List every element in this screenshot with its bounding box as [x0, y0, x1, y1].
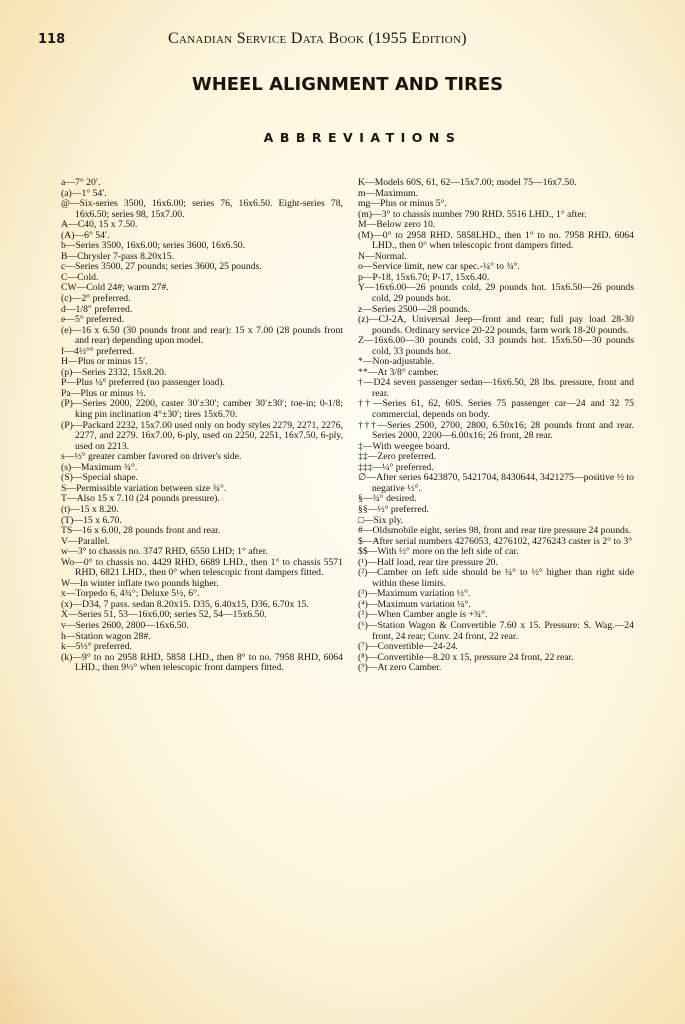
abbreviation-definition: 5° preferred.: [75, 314, 124, 325]
separator-dash: —: [67, 493, 77, 504]
separator-dash: —: [72, 652, 82, 663]
separator-dash: —: [368, 599, 378, 610]
separator-dash: —: [364, 335, 374, 346]
abbreviation-definition: Parallel.: [78, 536, 110, 547]
separator-dash: —: [372, 209, 382, 220]
abbreviation-definition: 5½° preferred.: [76, 641, 132, 652]
separator-dash: —: [367, 567, 377, 578]
abbreviation-definition: Maximum ¾°.: [81, 462, 137, 473]
abbreviation-definition: D24 seven passenger sedan—16x6.50, 28 lb…: [372, 377, 634, 399]
abbreviation-definition: CJ-2A, Universal Jeep—front and rear; fu…: [372, 314, 634, 336]
abbreviation-definition: Series 2600, 2800—16x6.50.: [76, 620, 189, 631]
abbreviation-entry: †—D24 seven passenger sedan—16x6.50, 28 …: [358, 378, 634, 399]
abbreviation-key: K: [358, 177, 365, 188]
abbreviation-key: (⁴): [358, 599, 368, 610]
separator-dash: —: [68, 546, 78, 557]
separator-dash: —: [72, 525, 82, 536]
abbreviation-key: m: [358, 188, 366, 199]
abbreviation-key: (M): [358, 230, 373, 241]
abbreviation-key: (z): [358, 314, 369, 325]
abbreviation-key: Wo: [61, 557, 74, 568]
separator-dash: —: [64, 346, 74, 357]
abbreviation-key: (A): [61, 230, 74, 241]
abbreviation-entry: (P)—Series 2000, 2200, caster 30′±30′; c…: [61, 399, 343, 420]
abbreviation-definition: 6° 54′.: [84, 230, 109, 241]
abbreviation-key: (P): [61, 398, 73, 409]
separator-dash: —: [73, 398, 83, 409]
abbreviation-definition: Series 61, 62, 60S. Series 75 passenger …: [372, 398, 634, 420]
abbreviation-key: V: [61, 536, 68, 547]
abbreviation-key: w: [61, 546, 68, 557]
abbreviation-key: $$: [358, 546, 368, 557]
abbreviation-definition: 16x6.00—26 pounds cold, 29 pounds hot. 1…: [372, 282, 634, 304]
abbreviation-definition: Plus or minus ½.: [80, 388, 145, 399]
abbreviation-definition: 4½°° preferred.: [74, 346, 134, 357]
abbreviation-definition: C40, 15 x 7.50.: [78, 219, 138, 230]
abbreviation-definition: Plus ¼° preferred (no passenger load).: [76, 377, 225, 388]
abbreviation-definition: Half load, rear tire pressure 20.: [377, 557, 498, 568]
abbreviation-definition: Station Wagon & Convertible 7.60 x 15. P…: [372, 620, 634, 642]
abbreviation-definition: D34, 7 pass. sedan 8.20x15. D35, 6.40x15…: [82, 599, 309, 610]
separator-dash: —: [367, 557, 377, 568]
separator-dash: —: [373, 462, 383, 473]
abbreviation-definition: 1° 54′.: [81, 188, 106, 199]
abbreviation-definition: 15 x 6.70.: [83, 515, 122, 526]
separator-dash: —: [366, 472, 376, 483]
abbreviation-definition: 2° preferred.: [81, 293, 130, 304]
abbreviation-definition: Non-adjustable.: [373, 356, 435, 367]
abbreviation-definition: Series 2500—28 pounds.: [372, 304, 470, 315]
abbreviation-key: (³): [358, 588, 367, 599]
abbreviation-key: Y: [358, 282, 365, 293]
abbreviation-definition: Chrysler 7-pass 8.20x15.: [77, 251, 174, 262]
abbreviation-definition: Special shape.: [83, 472, 138, 483]
abbreviation-entry: (P)—Packard 2232, 15x7.00 used only on b…: [61, 421, 343, 453]
separator-dash: —: [71, 462, 81, 473]
abbreviation-key: ‡‡‡: [358, 462, 373, 473]
abbreviation-definition: 16 x 6.50 (30 pounds front and rear): 15…: [75, 325, 343, 347]
section-heading: ABBREVIATIONS: [0, 130, 685, 145]
abbreviation-definition: ½° greater camber favored on driver's si…: [74, 451, 241, 462]
abbreviation-definition: When Camber angle is +¾°.: [378, 609, 488, 620]
abbreviation-definition: 0° to 2958 RHD. 5858LHD., then 1° to no.…: [372, 230, 634, 252]
abbreviation-key: A: [61, 219, 68, 230]
abbreviation-definition: Normal.: [375, 251, 407, 262]
separator-dash: —: [70, 578, 80, 589]
abbreviation-definition: Station wagon 28#.: [76, 631, 151, 642]
abbreviation-definition: In winter inflate two pounds higher.: [80, 578, 219, 589]
abbreviation-key: (⁸): [358, 652, 368, 663]
abbreviation-entry: (z)—CJ-2A, Universal Jeep—front and rear…: [358, 315, 634, 336]
abbreviation-definition: 16x6.00—30 pounds cold, 33 pounds hot. 1…: [372, 335, 634, 357]
abbreviation-definition: At zero Camber.: [378, 662, 442, 673]
separator-dash: —: [77, 282, 87, 293]
abbreviation-definition: Six ply.: [374, 515, 404, 526]
abbreviation-definition: Series 2000, 2200, caster 30′±30′; cambe…: [75, 398, 343, 420]
abbreviation-key: H: [61, 356, 68, 367]
abbreviation-key: §§: [358, 504, 368, 515]
separator-dash: —: [70, 198, 80, 209]
abbreviation-entry: Wo—0° to chassis no. 4429 RHD, 6689 LHD.…: [61, 558, 343, 579]
separator-dash: —: [72, 293, 82, 304]
separator-dash: —: [368, 451, 378, 462]
separator-dash: —: [363, 525, 373, 536]
abbreviation-entry: (⁶)—Station Wagon & Convertible 7.60 x 1…: [358, 621, 634, 642]
abbreviation-definition: After series 6423870, 5421704, 8430644, …: [372, 472, 634, 494]
abbreviation-definition: Convertible—24-24.: [378, 641, 458, 652]
separator-dash: —: [74, 230, 84, 241]
abbreviation-key: Pa: [61, 388, 71, 399]
separator-dash: —: [66, 588, 76, 599]
abbreviation-definition: Maximum variation ½°.: [377, 588, 470, 599]
abbreviation-key: (²): [358, 567, 367, 578]
separator-dash: —: [369, 314, 379, 325]
abbreviation-key: (S): [61, 472, 73, 483]
abbreviation-key: mg: [358, 198, 370, 209]
abbreviation-definition: Service limit, new car spec.-¼° to ¾°.: [373, 261, 520, 272]
abbreviation-definition: ½° preferred.: [377, 504, 428, 515]
abbreviation-definition: Torpedo 6, 4¾°; Deluxe 5½, 6°.: [76, 588, 200, 599]
abbreviation-key: (⁹): [358, 662, 368, 673]
abbreviation-definition: 3° to chassis no. 3747 RHD, 6550 LHD; 1°…: [78, 546, 268, 557]
separator-dash: —: [65, 261, 75, 272]
abbreviation-definition: Below zero 10.: [376, 219, 435, 230]
abbreviation-key: ††: [358, 398, 373, 409]
separator-dash: —: [368, 367, 378, 378]
abbreviation-entry: (M)—0° to 2958 RHD. 5858LHD., then 1° to…: [358, 231, 634, 252]
separator-dash: —: [72, 188, 82, 199]
abbreviation-definition: Series 3500, 27 pounds; series 3600, 25 …: [75, 261, 262, 272]
separator-dash: —: [363, 493, 373, 504]
abbreviation-definition: 15 x 8.20.: [80, 504, 119, 515]
abbreviation-definition: Permissible variation between size ¾°.: [76, 483, 226, 494]
abbreviation-entry: ††—Series 61, 62, 60S. Series 75 passeng…: [358, 399, 634, 420]
separator-dash: —: [370, 198, 380, 209]
abbreviation-definition: Series 2332, 15x8.20.: [82, 367, 166, 378]
abbreviation-definition: Also 15 x 7.10 (24 pounds pressure).: [77, 493, 220, 504]
separator-dash: —: [67, 272, 77, 283]
separator-dash: —: [363, 272, 373, 283]
separator-dash: —: [368, 620, 378, 631]
separator-dash: —: [364, 515, 374, 526]
abbreviation-key: (e): [61, 325, 72, 336]
abbreviation-key: (t): [61, 504, 70, 515]
separator-dash: —: [72, 367, 82, 378]
abbreviation-entry: c—Series 3500, 27 pounds; series 3600, 2…: [61, 262, 343, 273]
separator-dash: —: [377, 420, 387, 431]
abbreviation-definition: Six-series 3500, 16x6.00; series 76, 16x…: [75, 198, 343, 220]
page-title: WHEEL ALIGNMENT AND TIRES: [0, 74, 685, 95]
abbreviation-entry: @—Six-series 3500, 16x6.00; series 76, 1…: [61, 199, 343, 220]
abbreviation-key: (a): [61, 188, 72, 199]
abbreviation-definition: 9° to no 2958 RHD, 5858 LHD., then 8° to…: [75, 652, 343, 674]
separator-dash: —: [73, 515, 83, 526]
separator-dash: —: [71, 388, 81, 399]
separator-dash: —: [67, 251, 77, 262]
separator-dash: —: [363, 441, 373, 452]
abbreviation-definition: 1/8″ preferred.: [76, 304, 133, 315]
abbreviation-definition: With weegee board.: [373, 441, 450, 452]
abbreviation-key: X: [61, 609, 68, 620]
separator-dash: —: [73, 420, 83, 431]
abbreviation-key: TS: [61, 525, 72, 536]
abbreviation-entry: Y—16x6.00—26 pounds cold, 29 pounds hot.…: [358, 283, 634, 304]
abbreviation-key: **: [358, 367, 368, 378]
abbreviation-key: CW: [61, 282, 77, 293]
abbreviation-definition: 7° 20′.: [75, 177, 100, 188]
separator-dash: —: [368, 546, 378, 557]
abbreviation-key: (⁶): [358, 620, 368, 631]
abbreviation-entry: (k)—9° to no 2958 RHD, 5858 LHD., then 8…: [61, 653, 343, 674]
separator-dash: —: [368, 641, 378, 652]
abbreviation-definition: Maximum variation ¼°.: [378, 599, 471, 610]
abbreviation-key: (c): [61, 293, 72, 304]
abbreviation-key: (⁷): [358, 641, 368, 652]
abbreviation-entry: (²)—Camber on left side should be ¼° to …: [358, 568, 634, 589]
abbreviation-key: W: [61, 578, 70, 589]
abbreviation-entry: (e)—16 x 6.50 (30 pounds front and rear)…: [61, 326, 343, 347]
separator-dash: —: [366, 188, 376, 199]
separator-dash: —: [362, 304, 372, 315]
abbreviation-definition: ¼° preferred.: [382, 462, 433, 473]
separator-dash: —: [72, 599, 82, 610]
abbreviation-key: @: [61, 198, 70, 209]
separator-dash: —: [368, 504, 378, 515]
separator-dash: —: [66, 304, 76, 315]
abbreviation-key: †††: [358, 420, 377, 431]
abbreviation-definition: Plus or minus 5°.: [380, 198, 447, 209]
separator-dash: —: [368, 662, 378, 673]
abbreviation-definition: P-18, 15x6.70; P-17, 15x6.40.: [373, 272, 490, 283]
separator-dash: —: [66, 483, 76, 494]
abbreviation-entry: †††—Series 2500, 2700, 2800, 6.50x16; 28…: [358, 421, 634, 442]
separator-dash: —: [72, 325, 82, 336]
separator-dash: —: [363, 536, 373, 547]
abbreviation-definition: Series 51, 53—16x6.00; series 52, 54—15x…: [78, 609, 267, 620]
abbreviation-definition: Maximum.: [375, 188, 418, 199]
abbreviation-key: ‡‡: [358, 451, 368, 462]
separator-dash: —: [66, 631, 76, 642]
abbreviation-key: (P): [61, 420, 73, 431]
separator-dash: —: [365, 282, 375, 293]
abbreviation-definition: Cold 24#; warm 27#.: [86, 282, 168, 293]
abbreviation-definition: Series 2500, 2700, 2800, 6.50x16; 28 pou…: [372, 420, 634, 442]
abbreviation-entry: (⁹)—At zero Camber.: [358, 663, 634, 674]
separator-dash: —: [66, 240, 76, 251]
abbreviation-definition: Series 3500, 16x6.00; series 3600, 16x6.…: [76, 240, 246, 251]
separator-dash: —: [66, 620, 76, 631]
abbreviation-definition: Models 60S, 61, 62—15x7.00; model 75—16x…: [375, 177, 577, 188]
separator-dash: —: [363, 356, 373, 367]
abbreviation-key: (⁵): [358, 609, 368, 620]
abbreviation-definition: After serial numbers 4276053, 4276102, 4…: [373, 536, 633, 547]
abbreviation-definition: Convertible—8.20 x 15, pressure 24 front…: [378, 652, 574, 663]
abbreviation-definition: 16 x 6.00, 28 pounds front and rear.: [82, 525, 220, 536]
separator-dash: —: [367, 588, 377, 599]
running-head: Canadian Service Data Book (1955 Edition…: [168, 30, 467, 48]
abbreviation-entry: Z—16x6.00—30 pounds cold, 33 pounds hot.…: [358, 336, 634, 357]
abbreviation-definition: Oldsmobile eight, series 98, front and r…: [373, 525, 632, 536]
abbreviation-definition: Zero preferred.: [377, 451, 436, 462]
separator-dash: —: [68, 609, 78, 620]
separator-dash: —: [373, 398, 383, 409]
page-number: 118: [38, 32, 65, 47]
abbreviation-key: (¹): [358, 557, 367, 568]
separator-dash: —: [68, 219, 78, 230]
separator-dash: —: [367, 219, 377, 230]
abbreviation-definition: With ½° more on the left side of car.: [377, 546, 518, 557]
abbreviation-definition: ¾° desired.: [373, 493, 417, 504]
separator-dash: —: [368, 609, 378, 620]
abbreviation-key: (T): [61, 515, 73, 526]
separator-dash: —: [66, 377, 76, 388]
abbreviation-key: N: [358, 251, 365, 262]
separator-dash: —: [365, 251, 375, 262]
abbreviation-key: (k): [61, 652, 72, 663]
separator-dash: —: [365, 177, 375, 188]
abbreviation-key: (s): [61, 462, 71, 473]
abbreviation-entry: ∅—After series 6423870, 5421704, 8430644…: [358, 473, 634, 494]
separator-dash: —: [74, 557, 84, 568]
abbreviation-definition: Camber on left side should be ¼° to ½° h…: [372, 567, 634, 589]
abbreviation-key: (m): [358, 209, 372, 220]
abbreviation-definition: 3° to chassis number 790 RHD. 5516 LHD.,…: [382, 209, 587, 220]
separator-dash: —: [68, 536, 78, 547]
abbreviation-definition: Plus or minus 15′.: [78, 356, 148, 367]
separator-dash: —: [65, 314, 75, 325]
separator-dash: —: [73, 472, 83, 483]
abbreviations-right-column: K—Models 60S, 61, 62—15x7.00; model 75—1…: [358, 178, 634, 674]
abbreviation-definition: 0° to chassis no. 4429 RHD, 6689 LHD., t…: [75, 557, 343, 579]
separator-dash: —: [373, 230, 383, 241]
abbreviation-key: M: [358, 219, 367, 230]
abbreviations-left-column: a—7° 20′.(a)—1° 54′.@—Six-series 3500, 1…: [61, 178, 343, 674]
abbreviation-key: (x): [61, 599, 72, 610]
abbreviation-definition: Cold.: [77, 272, 98, 283]
separator-dash: —: [65, 177, 75, 188]
abbreviation-key: (p): [61, 367, 72, 378]
separator-dash: —: [70, 504, 80, 515]
separator-dash: —: [66, 641, 76, 652]
abbreviation-definition: Packard 2232, 15x7.00 used only on body …: [75, 420, 343, 452]
separator-dash: —: [368, 652, 378, 663]
abbreviation-definition: At 3/8° camber.: [377, 367, 438, 378]
separator-dash: —: [68, 356, 78, 367]
separator-dash: —: [363, 261, 373, 272]
